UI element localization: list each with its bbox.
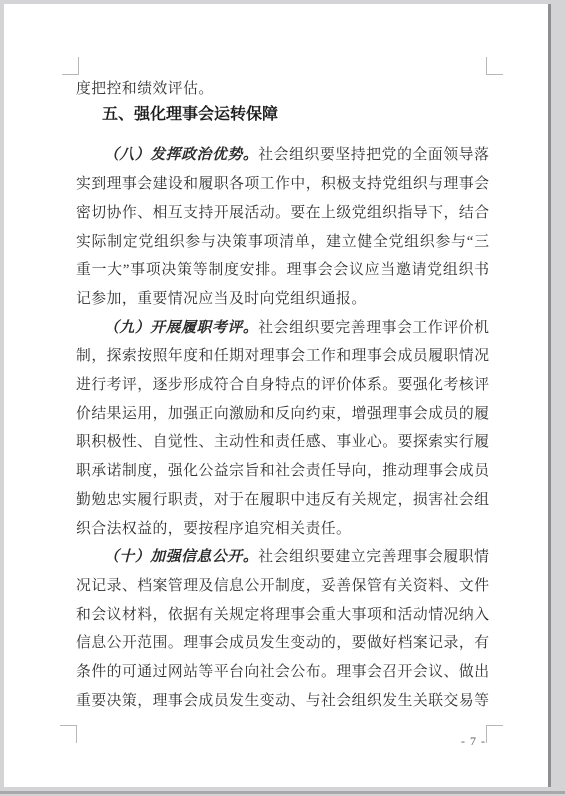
paragraph-line: 况记录、档案管理及信息公开制度，妥善保管有关资料、文件 <box>76 572 489 601</box>
text-boundary-mark-bottom-right <box>486 725 503 743</box>
paragraph-line: 信息公开范围。理事会成员发生变动的，要做好档案记录，有 <box>76 629 489 658</box>
paragraph-line: 重要决策，理事会成员发生变动、与社会组织发生关联交易等 <box>76 687 489 716</box>
paragraph-10: （十）加强信息公开。社会组织要建立完善理事会履职情 况记录、档案管理及信息公开制… <box>76 543 489 715</box>
paragraph-line: 进行考评，逐步形成符合自身特点的评价体系。要强化考核评 <box>76 371 489 400</box>
document-viewer: { "meta": { "kind": "official-document-p… <box>0 0 565 796</box>
paragraph-line: 勤勉忠实履行职责，对于在履职中违反有关规定，损害社会组 <box>76 486 489 515</box>
paragraph-line: 职承诺制度，强化公益宗旨和社会责任导向，推动理事会成员 <box>76 457 489 486</box>
paragraph-line: 和会议材料，依据有关规定将理事会重大事项和活动情况纳入 <box>76 601 489 630</box>
section-heading: 五、强化理事会运转保障 <box>76 101 489 130</box>
page-number: - 7 - <box>420 734 486 749</box>
paragraph-lead-label: （十）加强信息公开。 <box>104 549 258 565</box>
paragraph-lead-label: （九）开展履职考评。 <box>104 320 258 336</box>
paragraph-line: 实到理事会建设和履职各项工作中，积极支持党组织与理事会 <box>76 170 489 199</box>
paragraph-line: （八）发挥政治优势。社会组织要坚持把党的全面领导落 <box>76 141 489 170</box>
paragraph-9: （九）开展履职考评。社会组织要完善理事会工作评价机 制，探索按照年度和任期对理事… <box>76 314 489 544</box>
document-content: 度把控和绩效评估。 五、强化理事会运转保障 （八）发挥政治优势。社会组织要坚持把… <box>76 75 489 715</box>
paragraph-line: 记参加，重要情况应当及时向党组织通报。 <box>76 285 489 314</box>
paragraph-line: 价结果运用，加强正向激励和反向约束，增强理事会成员的履 <box>76 400 489 429</box>
paragraph-lead-label: （八）发挥政治优势。 <box>104 147 258 163</box>
page-bottom-shadow <box>0 791 565 794</box>
paragraph-line: （十）加强信息公开。社会组织要建立完善理事会履职情 <box>76 543 489 572</box>
paragraph-line: 密切协作、相互支持开展活动。要在上级党组织指导下，结合 <box>76 199 489 228</box>
paragraph-line: 实际制定党组织参与决策事项清单，建立健全党组织参与“三 <box>76 228 489 257</box>
paragraph-line: 职积极性、自觉性、主动性和责任感、事业心。要探索实行履 <box>76 428 489 457</box>
text-boundary-mark-top-right <box>486 57 503 75</box>
paragraph-text: 社会组织要完善理事会工作评价机 <box>258 320 489 336</box>
text-boundary-mark-top-left <box>62 57 79 75</box>
paragraph-line: 条件的可通过网站等平台向社会公布。理事会召开会议、做出 <box>76 658 489 687</box>
paragraph-8: （八）发挥政治优势。社会组织要坚持把党的全面领导落 实到理事会建设和履职各项工作… <box>76 141 489 313</box>
paragraph-text: 社会组织要建立完善理事会履职情 <box>258 549 489 565</box>
paragraph-line: （九）开展履职考评。社会组织要完善理事会工作评价机 <box>76 314 489 343</box>
paragraph-line: 织合法权益的，要按程序追究相关责任。 <box>76 515 489 544</box>
document-page: 度把控和绩效评估。 五、强化理事会运转保障 （八）发挥政治优势。社会组织要坚持把… <box>4 4 551 787</box>
continuation-line: 度把控和绩效评估。 <box>76 75 489 104</box>
text-boundary-mark-bottom-left <box>60 725 77 743</box>
paragraph-text: 社会组织要坚持把党的全面领导落 <box>258 147 489 163</box>
paragraph-line: 重一大”事项决策等制度安排。理事会会议应当邀请党组织书 <box>76 256 489 285</box>
paragraph-line: 制，探索按照年度和任期对理事会工作和理事会成员履职情况 <box>76 342 489 371</box>
